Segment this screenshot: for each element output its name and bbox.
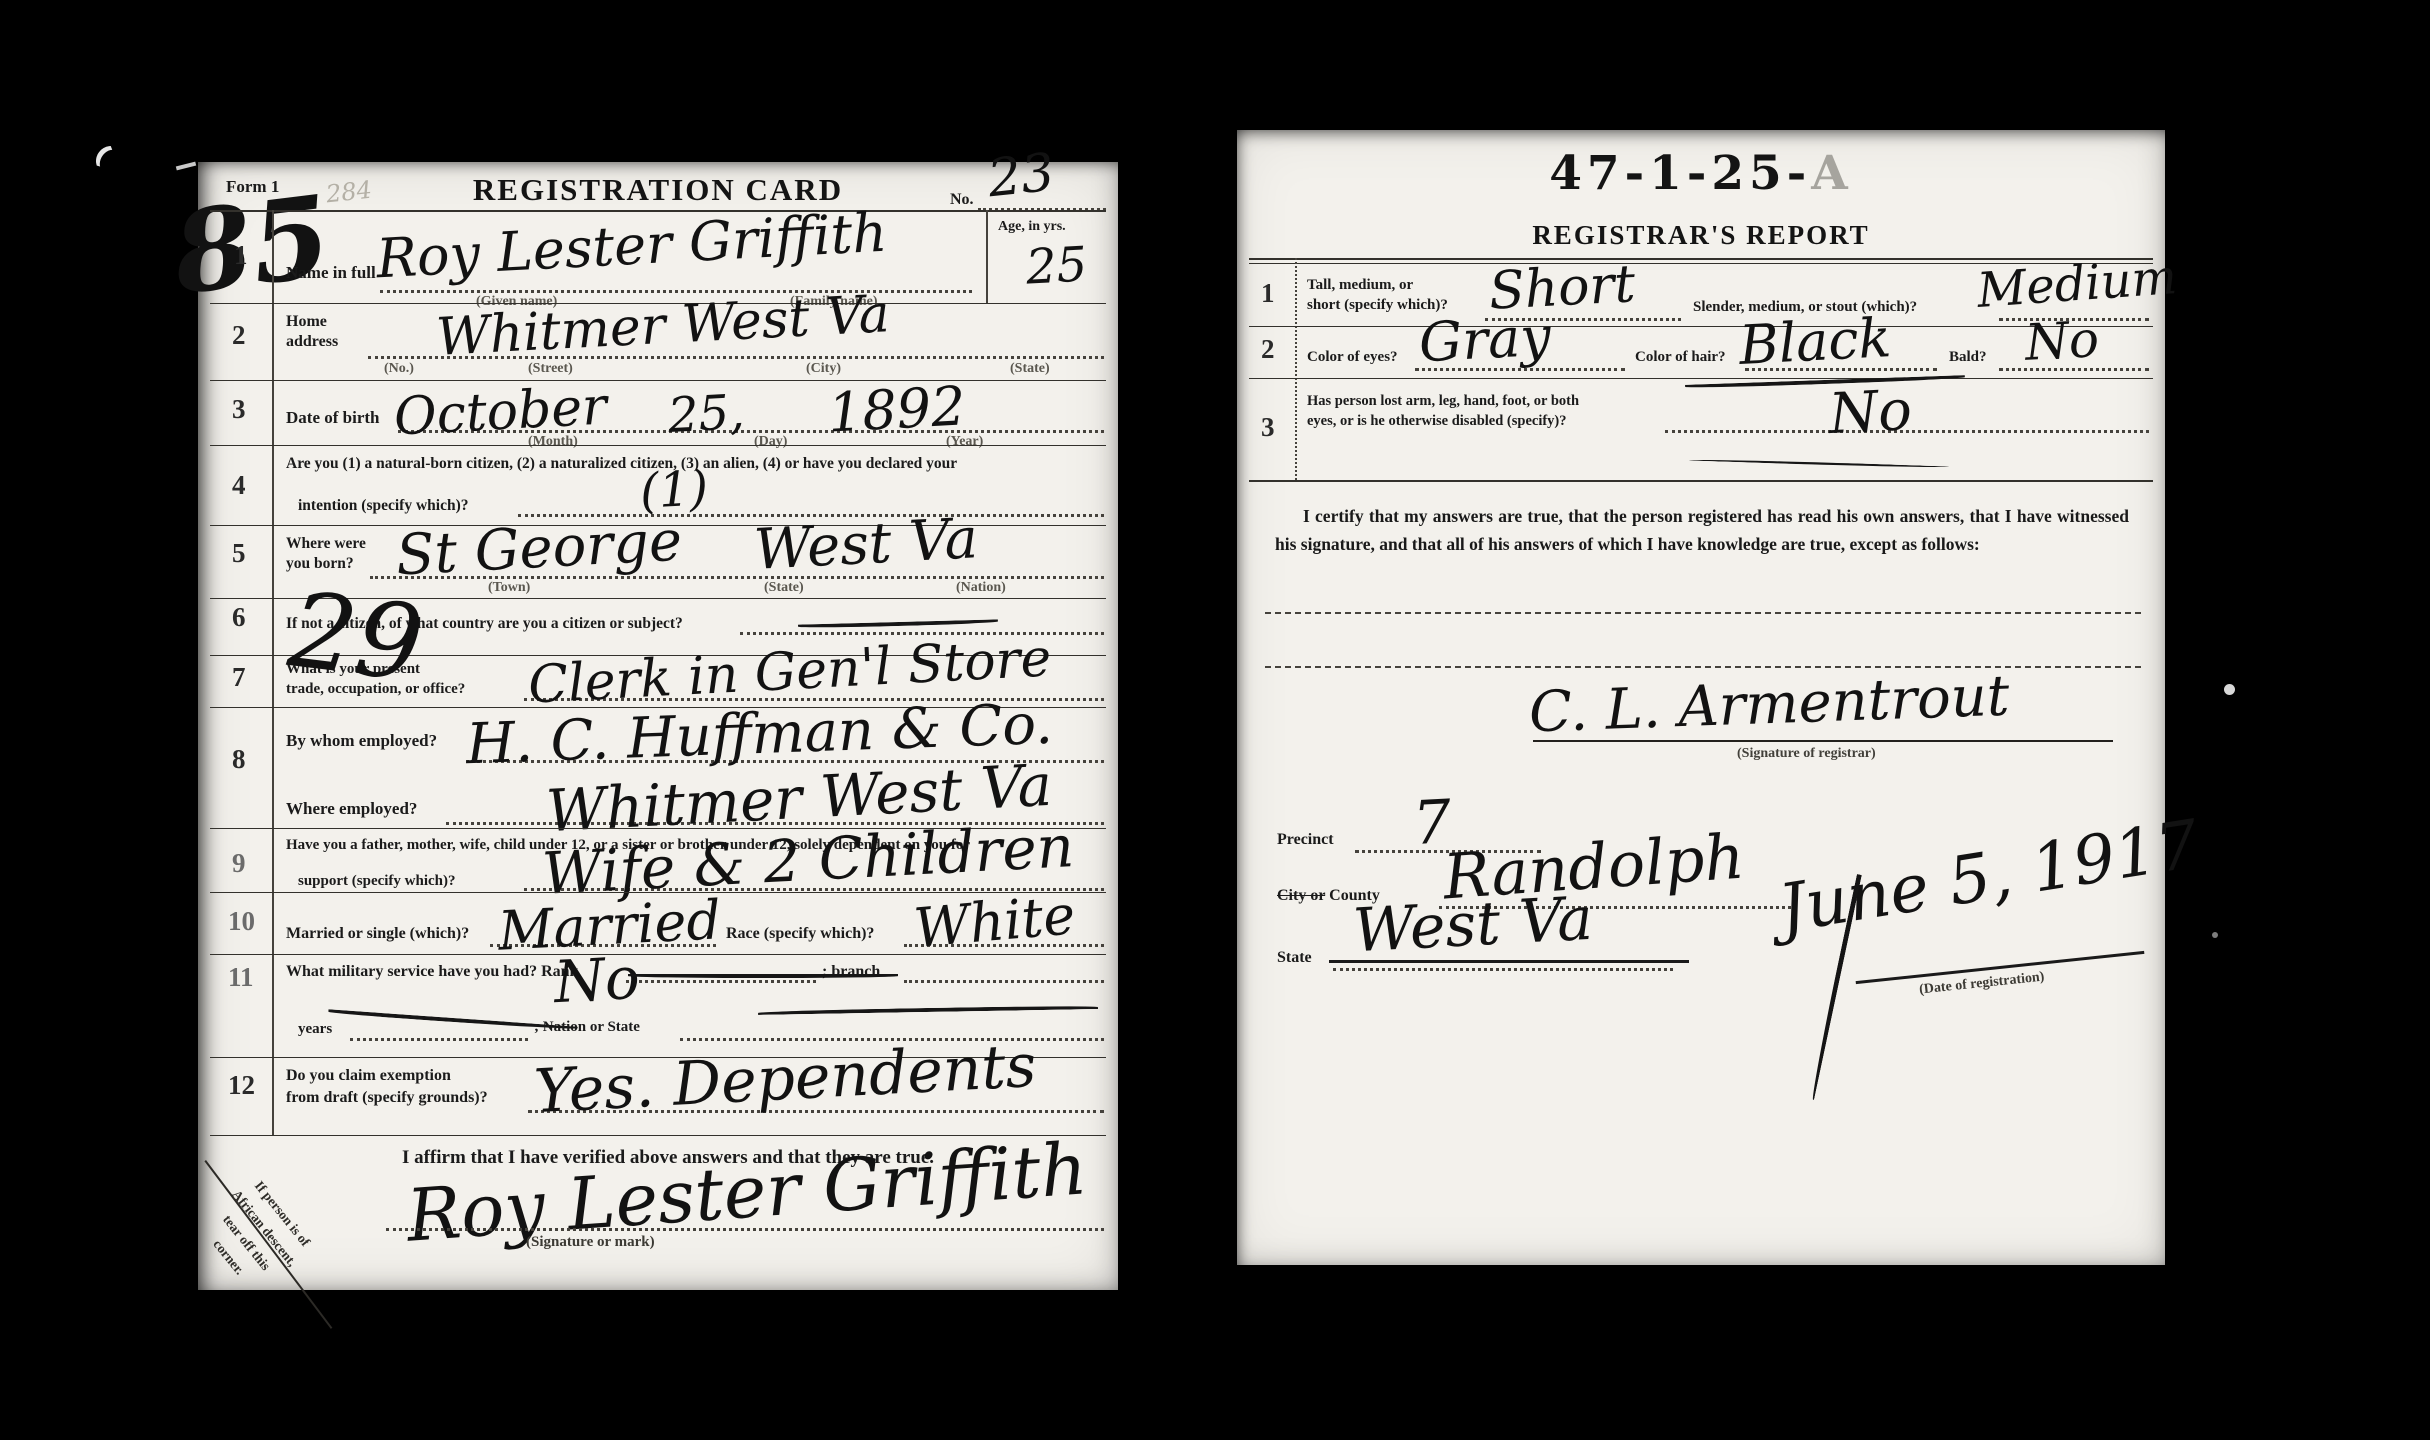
row-number: 9 <box>232 848 246 879</box>
row-number: 2 <box>1261 334 1275 365</box>
disabled-value: No <box>1827 378 1913 447</box>
birth-date-label: Date of birth <box>286 407 379 428</box>
year-caption: (Year) <box>946 434 983 450</box>
precinct-label: Precinct <box>1277 830 1334 850</box>
bald-value: No <box>2024 310 2101 372</box>
stamp-number-suffix: A <box>1811 146 1852 201</box>
stamp-number-main: 47-1-25- <box>1549 146 1811 201</box>
row-number: 1 <box>234 240 248 271</box>
day-caption: (Day) <box>754 434 787 450</box>
registration-card: Form 1 284 REGISTRATION CARD No. 23 85 1… <box>198 162 1118 1290</box>
age-box-line <box>986 210 988 303</box>
home-address-label2: address <box>286 332 338 352</box>
number-gutter-line <box>272 210 274 1135</box>
age-label: Age, in yrs. <box>998 218 1066 236</box>
exemption-label2: from draft (specify grounds)? <box>286 1088 488 1108</box>
row-number: 1 <box>1261 278 1275 309</box>
nation-state-label: ; Nation or State <box>534 1018 640 1037</box>
row-number: 4 <box>232 470 246 501</box>
divider <box>210 380 1106 381</box>
state-caption: (State) <box>1010 361 1050 377</box>
state-line <box>1333 968 1673 971</box>
dependents-label2: support (specify which)? <box>298 872 456 891</box>
state-value: West Va <box>1351 884 1594 966</box>
born-state-value: West Va <box>752 506 979 583</box>
scratch-mark <box>176 162 196 171</box>
race-label: Race (specify which)? <box>726 924 874 944</box>
divider <box>1249 480 2153 482</box>
card-title: REGISTRATION CARD <box>198 172 1118 208</box>
row-number: 12 <box>228 1070 255 1101</box>
pen-stroke <box>628 974 898 978</box>
registrar-signature: C. L. Armentrout <box>1528 664 2010 746</box>
eyes-value: Gray <box>1417 305 1552 375</box>
pen-stroke <box>758 1005 1098 1015</box>
married-label: Married or single (which)? <box>286 924 469 944</box>
military-label: What military service have you had? Rank <box>286 962 578 982</box>
where-employed-label: Where employed? <box>286 798 417 819</box>
dust-speck <box>2224 684 2235 695</box>
disabled-label2: eyes, or is he otherwise disabled (speci… <box>1307 412 1567 430</box>
certification-text: I certify that my answers are true, that… <box>1275 502 2129 558</box>
row-number: 5 <box>232 538 246 569</box>
home-address-label: Home <box>286 312 327 332</box>
bald-label: Bald? <box>1949 348 1987 367</box>
row-number: 10 <box>228 906 255 937</box>
row-number: 6 <box>232 602 246 633</box>
city-or-struck: City or <box>1277 887 1325 904</box>
street-caption: (Street) <box>528 361 573 377</box>
branch-label: ; branch <box>822 962 880 982</box>
signature-line <box>386 1228 1104 1231</box>
signature-caption: (Signature or mark) <box>526 1234 655 1251</box>
number-gutter-line <box>1295 258 1297 480</box>
race-value: White <box>912 883 1078 960</box>
name-value: Roy Lester Griffith <box>375 201 889 291</box>
divider <box>210 445 1106 446</box>
month-caption: (Month) <box>528 434 578 450</box>
row-number: 7 <box>232 662 246 693</box>
rank-line <box>626 980 816 983</box>
citizen-question-label2: intention (specify which)? <box>298 496 469 515</box>
row-number: 11 <box>228 962 254 993</box>
exemption-label: Do you claim exemption <box>286 1066 451 1086</box>
birth-day-value: 25, <box>667 384 746 444</box>
employer-label: By whom employed? <box>286 730 437 751</box>
margin-scrawl: 85 <box>167 171 338 320</box>
torn-corner-mark <box>90 140 132 182</box>
registrar-signature-line <box>1533 740 2113 742</box>
name-label: Name in full <box>286 262 376 283</box>
registration-date-value: June 5, 1917 <box>1774 805 2204 947</box>
hair-label: Color of hair? <box>1635 348 1726 367</box>
no-caption: (No.) <box>384 361 414 377</box>
registrar-signature-caption: (Signature of registrar) <box>1737 746 1876 762</box>
serial-no-value: 23 <box>985 143 1057 210</box>
years-line <box>350 1038 528 1041</box>
hair-value: Black <box>1737 306 1892 377</box>
pen-stroke <box>1689 457 1949 469</box>
row-number: 3 <box>1261 412 1275 443</box>
eyes-label: Color of eyes? <box>1307 348 1398 367</box>
divider <box>1249 326 2153 327</box>
scanned-document-page: Form 1 284 REGISTRATION CARD No. 23 85 1… <box>0 0 2430 1440</box>
born-label: Where were <box>286 534 366 553</box>
stamp-number: 47-1-25-A <box>1237 146 2165 201</box>
row-number: 8 <box>232 744 246 775</box>
divider <box>210 954 1106 955</box>
row-number: 3 <box>232 394 246 425</box>
years-label: years <box>298 1020 332 1039</box>
disabled-label: Has person lost arm, leg, hand, foot, or… <box>1307 392 1579 410</box>
overwritten-scrawl: 29 <box>283 568 429 705</box>
height-label: Tall, medium, or <box>1307 276 1413 295</box>
branch-line <box>904 980 1104 983</box>
state-caption: (State) <box>764 580 804 596</box>
divider <box>1249 378 2153 379</box>
military-answer-value: No <box>552 944 641 1016</box>
dust-speck <box>2212 932 2218 938</box>
nation-caption: (Nation) <box>956 580 1006 596</box>
pen-stroke <box>798 619 998 628</box>
exception-line <box>1265 666 2141 668</box>
city-caption: (City) <box>806 361 841 377</box>
registrars-report-card: 47-1-25-A REGISTRAR'S REPORT 1 Tall, med… <box>1237 130 2165 1265</box>
state-label: State <box>1277 948 1312 968</box>
town-caption: (Town) <box>488 580 530 596</box>
exception-line <box>1265 612 2141 614</box>
row-number: 2 <box>232 320 246 351</box>
age-value: 25 <box>1025 236 1089 295</box>
report-title: REGISTRAR'S REPORT <box>1237 220 2165 251</box>
serial-no-label: No. <box>950 190 974 210</box>
